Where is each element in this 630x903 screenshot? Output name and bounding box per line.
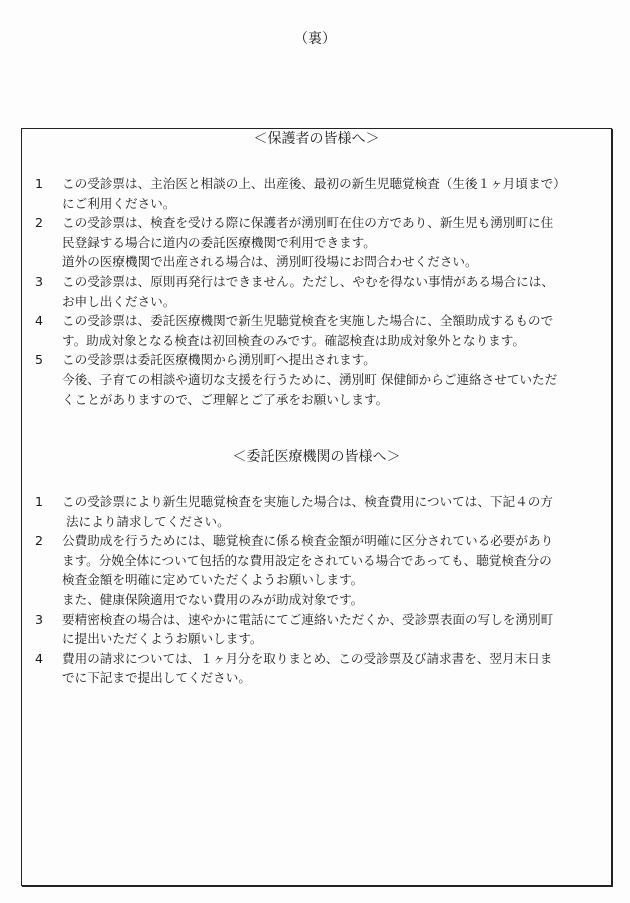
section-parents: ＜保護者の皆様へ＞ 1 この受診票は、主治医と相談の上、出産後、最初の新生児聴覚… [22,129,611,409]
item-text-line: 今後、子育ての相談や適切な支援を行うために、湧別町 保健師からご連絡させていただ [62,370,593,390]
item-number: 2 [35,531,51,551]
item-text-line: くことがありますので、ご理解とご了承をお願いします。 [62,390,593,410]
item-text-line: 民登録する場合に道内の委託医療機関で利用できます。 [62,233,593,253]
parents-notice-list: 1 この受診票は、主治医と相談の上、出産後、最初の新生児聴覚検査（生後１ヶ月頃ま… [22,174,611,409]
item-text-line: この受診票は、原則再発行はできません。ただし、やむを得ない事情がある場合には、 [62,272,593,292]
item-text-line: この受診票は、検査を受ける際に保護者が湧別町在住の方であり、新生児も湧別町に住 [62,213,593,233]
item-text-line: この受診票は委託医療機関から湧別町へ提出されます。 [62,350,593,370]
list-item: 2 公費助成を行うためには、聴覚検査に係る検査金額が明確に区分されている必要があ… [22,531,611,609]
item-number: 4 [35,649,51,669]
list-item: 3 要精密検査の場合は、速やかに電話にてご連絡いただくか、受診票表面の写しを湧別… [22,610,611,649]
list-item: 3 この受診票は、原則再発行はできません。ただし、やむを得ない事情がある場合には… [22,272,611,311]
item-text-line: 法により請求してください。 [62,512,593,532]
list-item: 5 この受診票は委託医療機関から湧別町へ提出されます。 今後、子育ての相談や適切… [22,350,611,409]
item-text-line: お申し出ください。 [62,292,593,312]
item-text-line: この受診票は、委託医療機関で新生児聴覚検査を実施した場合に、全額助成するもので [62,311,593,331]
list-item: 2 この受診票は、検査を受ける際に保護者が湧別町在住の方であり、新生児も湧別町に… [22,213,611,272]
item-text-line: 公費助成を行うためには、聴覚検査に係る検査金額が明確に区分されている必要があり [62,531,593,551]
item-text-line: でに下記まで提出してください。 [62,668,593,688]
section-heading-parents: ＜保護者の皆様へ＞ [22,129,611,149]
item-number: 1 [35,174,51,194]
item-text-line: 費用の請求については、１ヶ月分を取りまとめ、この受診票及び請求書を、翌月末日ま [62,649,593,669]
item-number: 1 [35,492,51,512]
item-text-line: また、健康保険適用でない費用のみが助成対象です。 [62,590,593,610]
item-text-line: 要精密検査の場合は、速やかに電話にてご連絡いただくか、受診票表面の写しを湧別町 [62,610,593,630]
section-institutions: ＜委託医療機関の皆様へ＞ 1 この受診票により新生児聴覚検査を実施した場合は、検… [22,447,611,688]
list-item: 1 この受診票は、主治医と相談の上、出産後、最初の新生児聴覚検査（生後１ヶ月頃ま… [22,174,611,213]
item-number: 2 [35,213,51,233]
item-number: 3 [35,272,51,292]
item-text-line: に提出いただくようお願いします。 [62,629,593,649]
list-item: 4 この受診票は、委託医療機関で新生児聴覚検査を実施した場合に、全額助成するもの… [22,311,611,350]
page-side-label: （裏） [0,28,630,48]
section-heading-institutions: ＜委託医療機関の皆様へ＞ [22,447,611,467]
list-item: 1 この受診票により新生児聴覚検査を実施した場合は、検査費用については、下記４の… [22,492,611,531]
item-text-line: この受診票は、主治医と相談の上、出産後、最初の新生児聴覚検査（生後１ヶ月頃まで） [62,174,593,194]
institutions-notice-list: 1 この受診票により新生児聴覚検査を実施した場合は、検査費用については、下記４の… [22,492,611,688]
item-text-line: す。助成対象となる検査は初回検査のみです。確認検査は助成対象外となります。 [62,331,593,351]
item-text-line: この受診票により新生児聴覚検査を実施した場合は、検査費用については、下記４の方 [62,492,593,512]
item-number: 5 [35,350,51,370]
notice-box: ＜保護者の皆様へ＞ 1 この受診票は、主治医と相談の上、出産後、最初の新生児聴覚… [21,128,612,886]
list-item: 4 費用の請求については、１ヶ月分を取りまとめ、この受診票及び請求書を、翌月末日… [22,649,611,688]
item-text-line: 道外の医療機関で出産される場合は、湧別町役場にお問合わせください。 [62,252,593,272]
item-text-line: ます。分娩全体について包括的な費用設定をされている場合であっても、聴覚検査分の [62,551,593,571]
item-text-line: にご利用ください。 [62,194,593,214]
item-number: 3 [35,610,51,630]
item-text-line: 検査金額を明確に定めていただくようお願いします。 [62,570,593,590]
item-number: 4 [35,311,51,331]
